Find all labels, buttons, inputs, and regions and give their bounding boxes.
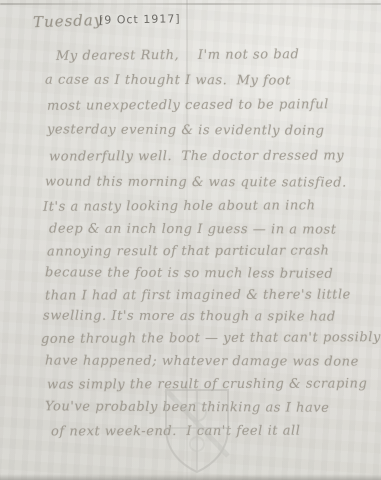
- archive-date-annotation: [9 Oct 1917]: [99, 12, 181, 26]
- handwritten-line: swelling. It's more as though a spike ha…: [43, 308, 336, 324]
- handwritten-line: annoying result of that particular crash: [47, 244, 330, 260]
- date-heading: Tuesday: [33, 11, 104, 31]
- handwritten-line: than I had at first imagined & there's l…: [45, 287, 351, 303]
- handwritten-line: most unexpectedly ceased to be painful: [47, 97, 329, 113]
- handwritten-line: because the foot is so much less bruised: [45, 265, 333, 282]
- handwritten-line: deep & an inch long I guess — in a most: [49, 221, 337, 237]
- top-fold-edge: [0, 3, 381, 5]
- handwritten-line: wonderfully well. The doctor dressed my: [49, 148, 344, 164]
- handwritten-line: a case as I thought I was. My foot: [45, 73, 291, 89]
- handwritten-line: have happened; whatever damage was done: [45, 353, 359, 369]
- handwritten-line: yesterday evening & is evidently doing: [47, 122, 325, 138]
- handwritten-line: My dearest Ruth, I'm not so bad: [56, 47, 299, 64]
- handwritten-line: It's a nasty looking hole about an inch: [43, 198, 316, 214]
- handwritten-line: wound this morning & was quite satisfied…: [45, 174, 347, 190]
- handwritten-line: gone through the boot — yet that can't p…: [41, 330, 381, 347]
- letter-page: Tuesday [9 Oct 1917] My dearest Ruth, I'…: [0, 0, 381, 480]
- watermark-crest-icon: [158, 384, 236, 476]
